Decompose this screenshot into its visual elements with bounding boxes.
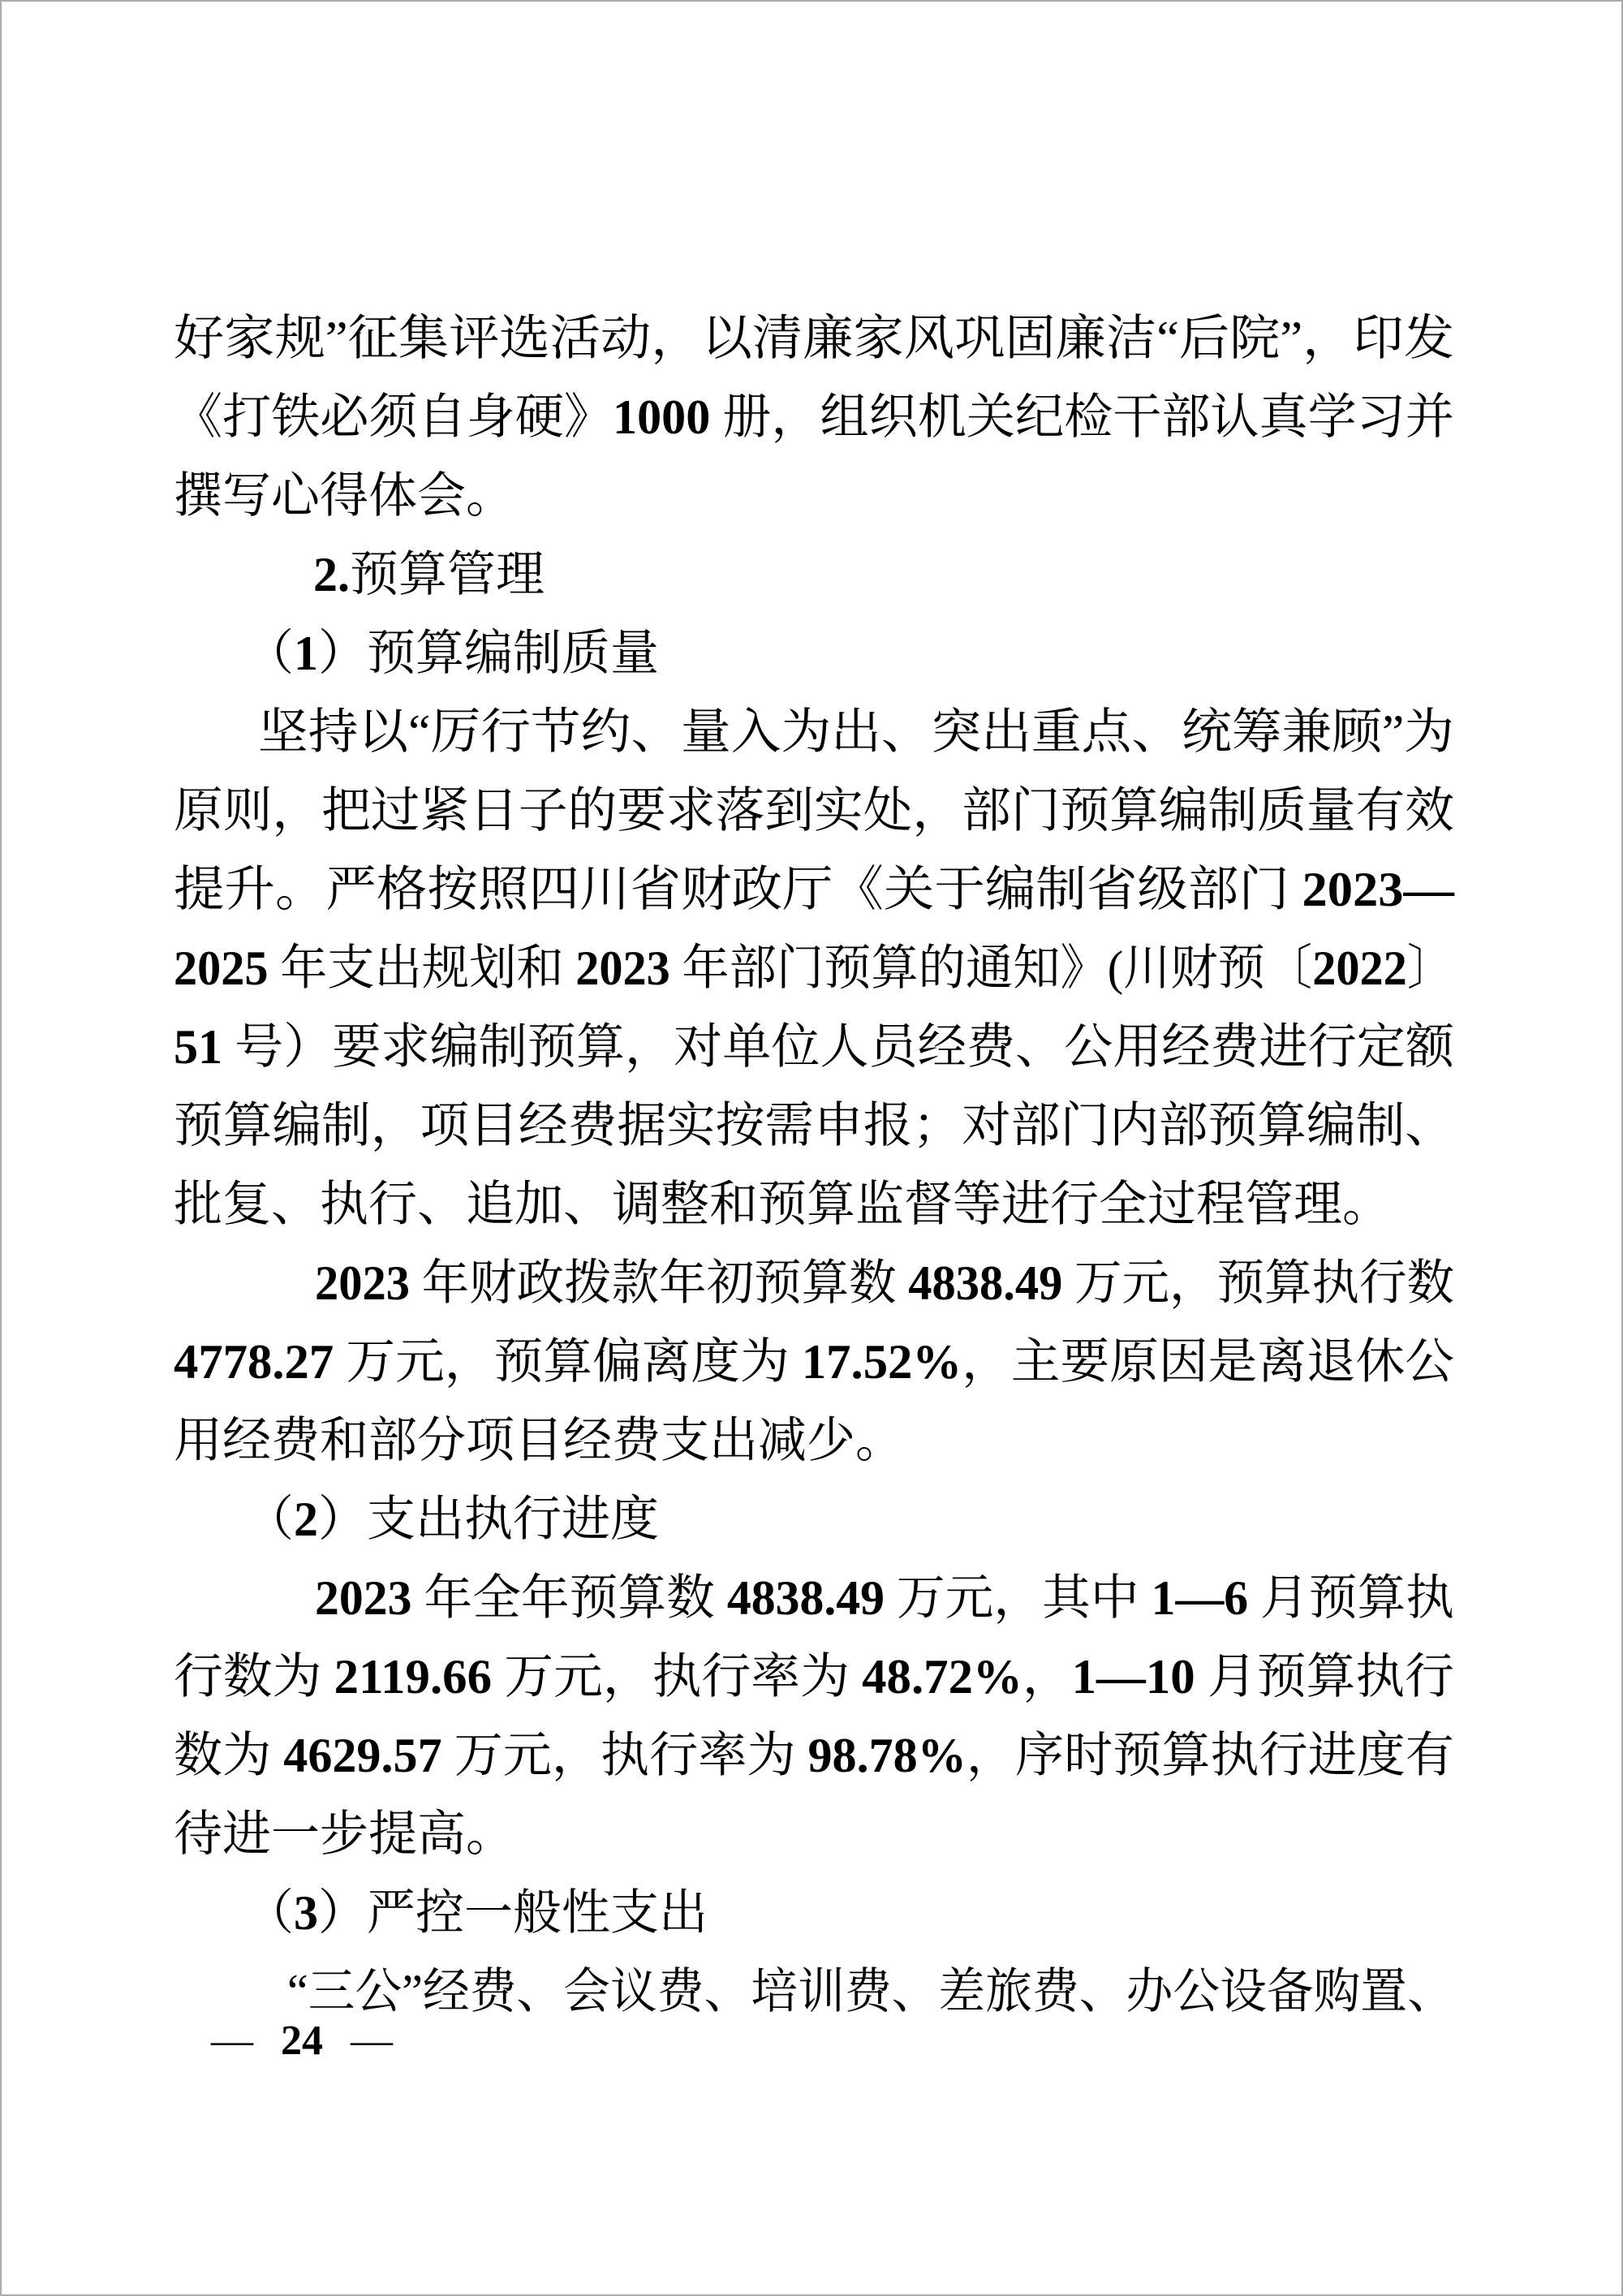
text-line-13: 2023 年财政拨款年初预算数 4838.49 万元，预算执行数 (174, 1244, 1454, 1323)
text-line-4: 2.预算管理 (174, 536, 1454, 614)
page-number: 24 (281, 2018, 323, 2064)
text-line-15: 用经费和部分项目经费支出减少。 (174, 1402, 1454, 1480)
text-line-11: 预算编制，项目经费据实按需申报；对部门内部预算编制、 (174, 1087, 1454, 1165)
bold-text-segment: 2023 (315, 1256, 410, 1310)
text-segment: 提升。严格按照四川省财政厅《关于编制省级部门 (174, 863, 1302, 916)
text-segment: ， (1022, 1650, 1072, 1704)
text-line-content: 批复、执行、追加、调整和预算监督等进行全过程管理。 (174, 1165, 1391, 1244)
document-body: 好家规”征集评选活动，以清廉家风巩固廉洁“后院”，印发《打铁必须自身硬》1000… (174, 299, 1454, 2031)
text-segment: 行数为 (174, 1650, 334, 1704)
text-segment: 万元，执行率为 (442, 1729, 808, 1782)
bold-text-segment: 1—6 (1152, 1571, 1248, 1625)
bold-text-segment: 2023— (1302, 863, 1454, 916)
text-segment: 好家规”征集评选活动，以清廉家风巩固廉洁“后院”，印发 (174, 312, 1454, 365)
text-segment: “三公”经费、会议费、培训费、差旅费、办公设备购置、 (287, 1965, 1454, 2018)
text-line-content: 数为 4629.57 万元，执行率为 98.78%，序时预算执行进度有 (174, 1717, 1454, 1795)
text-segment: 年部门预算的通知》(川财预〔 (670, 941, 1312, 995)
text-segment: ，序时预算执行进度有 (966, 1729, 1454, 1782)
bold-text-segment: 3 (294, 1886, 318, 1940)
footer-left-dash: — (211, 2018, 253, 2064)
text-segment: 数为 (174, 1729, 283, 1782)
bold-text-segment: 4629.57 (283, 1729, 441, 1782)
text-segment: 〕 (1407, 941, 1454, 995)
text-line-content: 撰写心得体会。 (174, 457, 514, 536)
text-line-17: 2023 年全年预算数 4838.49 万元，其中 1—6 月预算执 (174, 1559, 1454, 1638)
bold-text-segment: 2. (313, 548, 350, 601)
text-segment: ，主要原因是离退休公 (962, 1335, 1454, 1389)
text-segment: 万元，执行率为 (492, 1650, 862, 1704)
text-line-16: （2）支出执行进度 (174, 1480, 1454, 1559)
document-page: 好家规”征集评选活动，以清廉家风巩固廉洁“后院”，印发《打铁必须自身硬》1000… (0, 0, 1623, 2296)
text-line-2: 《打铁必须自身硬》1000 册，组织机关纪检干部认真学习并 (174, 378, 1454, 457)
bold-text-segment: 48.72% (862, 1650, 1022, 1704)
text-line-12: 批复、执行、追加、调整和预算监督等进行全过程管理。 (174, 1165, 1454, 1244)
text-line-content: 好家规”征集评选活动，以清廉家风巩固廉洁“后院”，印发 (174, 299, 1454, 378)
text-line-3: 撰写心得体会。 (174, 457, 1454, 536)
bold-text-segment: 2023 (315, 1571, 411, 1625)
text-line-content: “三公”经费、会议费、培训费、差旅费、办公设备购置、 (287, 1953, 1454, 2031)
bold-text-segment: 98.78% (807, 1729, 966, 1782)
text-segment: 撰写心得体会。 (174, 469, 514, 523)
bold-text-segment: 1 (294, 627, 318, 680)
bold-text-segment: 1—10 (1072, 1650, 1195, 1704)
bold-text-segment: 4838.49 (727, 1571, 885, 1625)
text-segment: ）支出执行进度 (318, 1493, 659, 1546)
text-line-content: 原则，把过紧日子的要求落到实处，部门预算编制质量有效 (174, 772, 1454, 851)
text-segment: （ (245, 1886, 294, 1940)
text-line-content: 行数为 2119.66 万元，执行率为 48.72%，1—10 月预算执行 (174, 1638, 1454, 1717)
footer-right-dash: — (351, 2018, 393, 2064)
page-footer: —24— (211, 2013, 393, 2070)
text-line-content: 4778.27 万元，预算偏离度为 17.52%，主要原因是离退休公 (174, 1323, 1454, 1402)
text-line-18: 行数为 2119.66 万元，执行率为 48.72%，1—10 月预算执行 (174, 1638, 1454, 1717)
text-segment: ）预算编制质量 (318, 627, 659, 680)
text-segment: 年全年预算数 (411, 1571, 726, 1625)
text-segment: 月预算执行 (1195, 1650, 1454, 1704)
text-line-9: 2025 年支出规划和 2023 年部门预算的通知》(川财预〔2022〕 (174, 929, 1454, 1008)
bold-text-segment: 17.52% (802, 1335, 962, 1389)
text-line-content: 2023 年财政拨款年初预算数 4838.49 万元，预算执行数 (315, 1244, 1454, 1323)
text-line-content: 预算编制，项目经费据实按需申报；对部门内部预算编制、 (174, 1087, 1454, 1165)
text-segment: 年财政拨款年初预算数 (410, 1256, 908, 1310)
text-line-7: 原则，把过紧日子的要求落到实处，部门预算编制质量有效 (174, 772, 1454, 851)
text-line-8: 提升。严格按照四川省财政厅《关于编制省级部门 2023— (174, 851, 1454, 929)
text-line-content: 用经费和部分项目经费支出减少。 (174, 1402, 904, 1480)
text-segment: 号）要求编制预算，对单位人员经费、公用经费进行定额 (222, 1020, 1454, 1074)
text-line-content: （3）严控一般性支出 (245, 1874, 708, 1953)
text-segment: 原则，把过紧日子的要求落到实处，部门预算编制质量有效 (174, 784, 1454, 838)
text-segment: 万元，预算执行数 (1062, 1256, 1454, 1310)
bold-text-segment: 2119.66 (334, 1650, 492, 1704)
text-segment: 年支出规划和 (269, 941, 576, 995)
text-line-content: 坚持以“厉行节约、量入为出、突出重点、统筹兼顾”为 (258, 693, 1454, 772)
text-line-content: 《打铁必须自身硬》1000 册，组织机关纪检干部认真学习并 (174, 378, 1454, 457)
text-line-19: 数为 4629.57 万元，执行率为 98.78%，序时预算执行进度有 (174, 1717, 1454, 1795)
text-segment: （ (245, 1493, 294, 1546)
text-segment: 预算管理 (350, 548, 545, 601)
text-line-content: 2.预算管理 (313, 536, 545, 614)
text-line-content: 2025 年支出规划和 2023 年部门预算的通知》(川财预〔2022〕 (174, 929, 1454, 1008)
bold-text-segment: 2022 (1312, 941, 1407, 995)
text-line-21: （3）严控一般性支出 (174, 1874, 1454, 1953)
text-line-20: 待进一步提高。 (174, 1795, 1454, 1874)
text-segment: 《打铁必须自身硬》 (174, 390, 613, 444)
bold-text-segment: 2023 (575, 941, 670, 995)
text-line-5: （1）预算编制质量 (174, 614, 1454, 693)
text-line-content: （2）支出执行进度 (245, 1480, 659, 1559)
text-segment: 坚持以“厉行节约、量入为出、突出重点、统筹兼顾”为 (258, 705, 1454, 759)
text-segment: ）严控一般性支出 (318, 1886, 708, 1940)
bold-text-segment: 2 (294, 1493, 318, 1546)
text-segment: 待进一步提高。 (174, 1807, 514, 1861)
bold-text-segment: 51 (174, 1020, 222, 1074)
text-line-content: 提升。严格按照四川省财政厅《关于编制省级部门 2023— (174, 851, 1454, 929)
bold-text-segment: 4778.27 (174, 1335, 334, 1389)
text-line-10: 51 号）要求编制预算，对单位人员经费、公用经费进行定额 (174, 1008, 1454, 1087)
text-line-content: 2023 年全年预算数 4838.49 万元，其中 1—6 月预算执 (315, 1559, 1454, 1638)
text-segment: 用经费和部分项目经费支出减少。 (174, 1414, 904, 1467)
text-segment: 册，组织机关纪检干部认真学习并 (710, 390, 1454, 444)
text-segment: 万元，预算偏离度为 (334, 1335, 802, 1389)
text-line-content: （1）预算编制质量 (245, 614, 659, 693)
text-line-1: 好家规”征集评选活动，以清廉家风巩固廉洁“后院”，印发 (174, 299, 1454, 378)
text-line-14: 4778.27 万元，预算偏离度为 17.52%，主要原因是离退休公 (174, 1323, 1454, 1402)
text-segment: 月预算执 (1248, 1571, 1454, 1625)
text-line-content: 51 号）要求编制预算，对单位人员经费、公用经费进行定额 (174, 1008, 1454, 1087)
text-line-6: 坚持以“厉行节约、量入为出、突出重点、统筹兼顾”为 (174, 693, 1454, 772)
bold-text-segment: 4838.49 (908, 1256, 1062, 1310)
bold-text-segment: 1000 (613, 390, 710, 444)
text-segment: （ (245, 627, 294, 680)
text-segment: 预算编制，项目经费据实按需申报；对部门内部预算编制、 (174, 1099, 1454, 1152)
text-segment: 批复、执行、追加、调整和预算监督等进行全过程管理。 (174, 1178, 1391, 1231)
bold-text-segment: 2025 (174, 941, 269, 995)
text-segment: 万元，其中 (885, 1571, 1152, 1625)
text-line-content: 待进一步提高。 (174, 1795, 514, 1874)
